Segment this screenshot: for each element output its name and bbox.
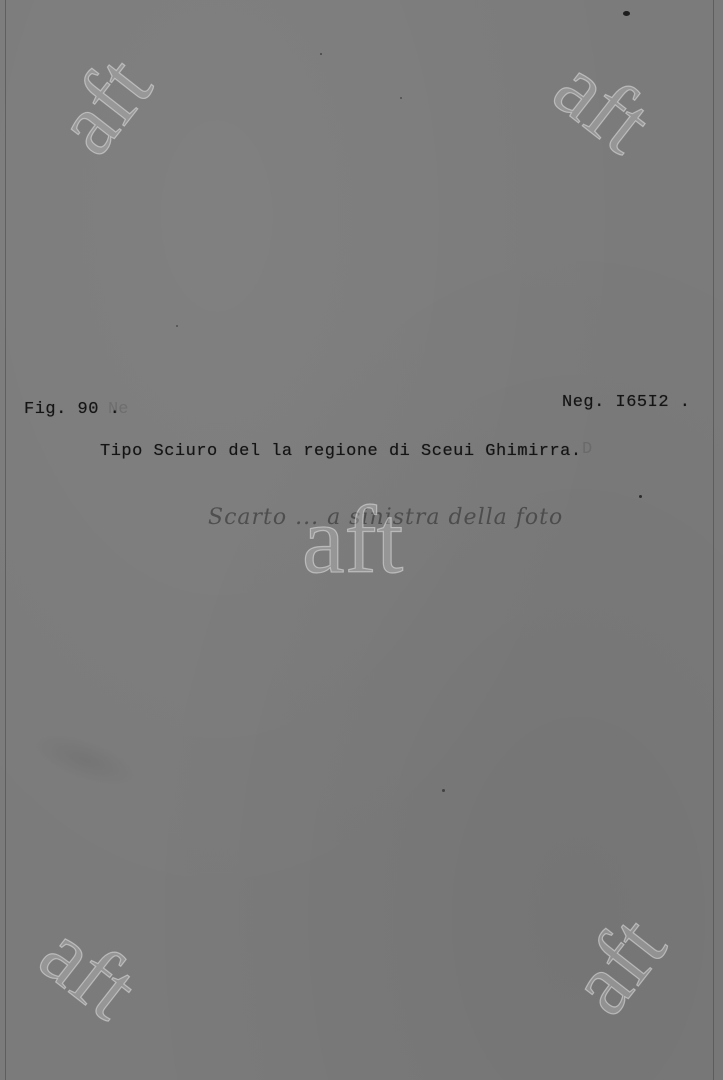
paper-smudge (26, 722, 143, 797)
watermark-top-left: aft (41, 42, 167, 169)
watermark-center: aft (302, 492, 403, 588)
ink-speck (623, 11, 630, 16)
document-sheet: Ne D Fig. 90 . Neg. I65I2 . Tipo Sciuro … (0, 0, 723, 1080)
bleed-through-text: D (582, 440, 592, 459)
dust-speck (400, 97, 402, 99)
sheet-right-edge (713, 0, 714, 1080)
watermark-top-right: aft (539, 43, 666, 169)
dust-speck (320, 53, 322, 55)
watermark-bottom-right: aft (555, 902, 681, 1029)
dust-speck (442, 789, 445, 792)
sheet-left-edge (5, 0, 6, 1080)
negative-number: Neg. I65I2 . (562, 393, 690, 412)
dust-speck (176, 325, 178, 327)
photo-caption: Tipo Sciuro del la regione di Sceui Ghim… (100, 442, 582, 461)
watermark-bottom-left: aft (25, 909, 152, 1035)
figure-number: Fig. 90 . (24, 400, 120, 419)
pencil-dot (639, 495, 642, 498)
